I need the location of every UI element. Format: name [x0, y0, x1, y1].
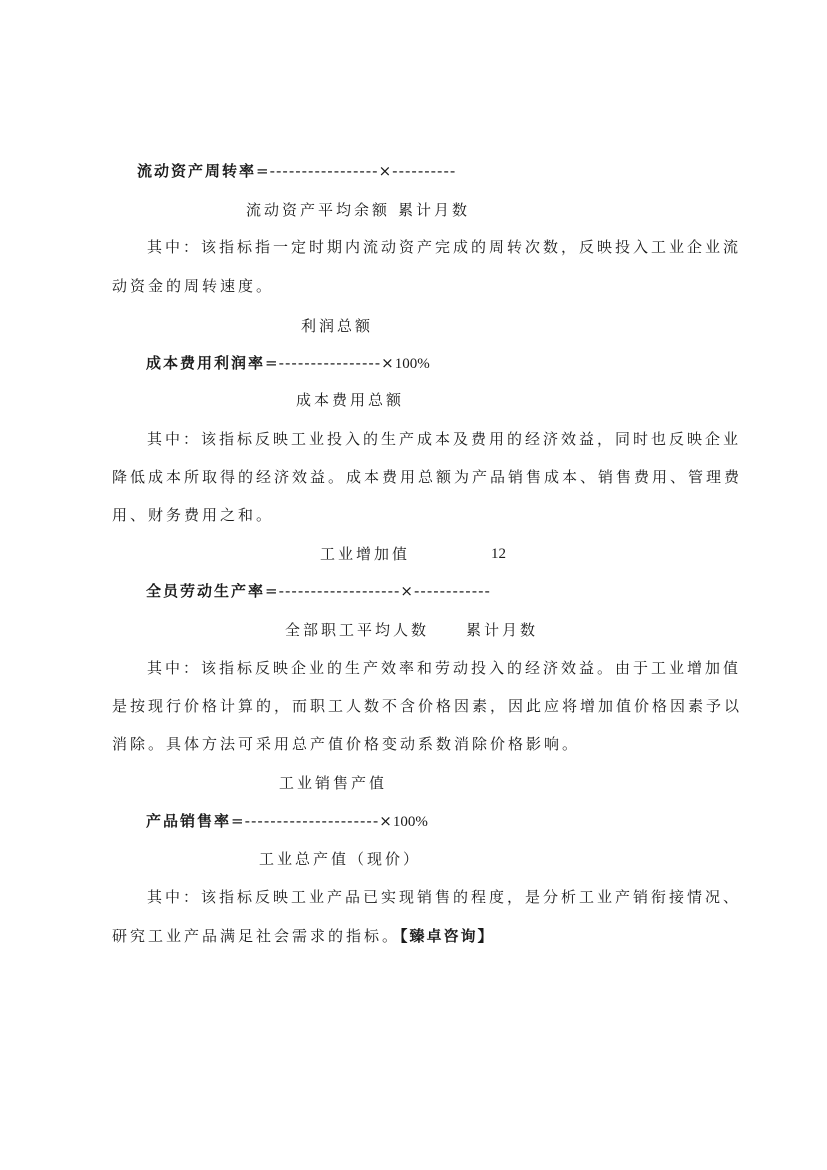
formula-4-explanation-line-1: 其中：该指标反映工业产品已实现销售的程度，是分析工业产销衔接情况、	[147, 887, 741, 907]
formula-3-fraction-bar: =-------------------×------------	[265, 582, 491, 600]
formula-1-name: 流动资产周转率	[137, 162, 256, 180]
formula-3-denominator-2: 累计月数	[466, 620, 538, 640]
formula-1-explanation-line-1: 其中：该指标指一定时期内流动资产完成的周转次数，反映投入工业企业流	[147, 237, 741, 257]
formula-2-name: 成本费用利润率	[146, 354, 265, 372]
formula-4-line: 产品销售率=---------------------×100%	[146, 811, 428, 832]
formula-1-denominator-2: 累计月数	[398, 200, 470, 220]
brand-label: 【臻卓咨询】	[400, 927, 495, 945]
formula-2-explanation-line-3: 用、财务费用之和。	[112, 505, 274, 525]
formula-3-explanation-line-1: 其中：该指标反映企业的生产效率和劳动投入的经济效益。由于工业增加值	[147, 658, 741, 678]
formula-2-multiplier: 100%	[395, 356, 430, 372]
formula-1-line: 流动资产周转率=-----------------×----------	[137, 161, 456, 181]
formula-2-denominator: 成本费用总额	[296, 390, 404, 410]
formula-1-denominator: 流动资产平均余额	[246, 200, 390, 220]
formula-2-explanation-line-1: 其中：该指标反映工业投入的生产成本及费用的经济效益，同时也反映企业	[147, 429, 741, 449]
formula-4-fraction-bar: =---------------------×	[231, 812, 393, 830]
formula-2-line: 成本费用利润率=----------------×100%	[146, 353, 430, 374]
formula-3-explanation-line-2: 是按现行价格计算的，而职工人数不含价格因素，因此应将增加值价格因素予以	[112, 696, 742, 716]
formula-4-explanation-line-2: 研究工业产品满足社会需求的指标。【臻卓咨询】	[112, 926, 495, 946]
formula-4-numerator: 工业销售产值	[279, 773, 387, 793]
formula-1-explanation-line-2: 动资金的周转速度。	[112, 276, 274, 296]
formula-4-name: 产品销售率	[146, 812, 231, 830]
formula-1-fraction-bar: =-----------------×----------	[256, 162, 456, 180]
formula-4-denominator: 工业总产值（现价）	[259, 849, 421, 869]
formula-3-line: 全员劳动生产率=-------------------×------------	[146, 581, 491, 601]
formula-4-explanation-text: 研究工业产品满足社会需求的指标。	[112, 927, 400, 945]
formula-3-numerator: 工业增加值	[320, 544, 410, 564]
formula-4-multiplier: 100%	[393, 814, 428, 830]
formula-3-name: 全员劳动生产率	[146, 582, 265, 600]
formula-3-explanation-line-3: 消除。具体方法可采用总产值价格变动系数消除价格影响。	[112, 734, 580, 754]
formula-2-numerator: 利润总额	[301, 316, 373, 336]
formula-3-numerator-2: 12	[491, 544, 506, 564]
formula-2-fraction-bar: =----------------×	[265, 354, 395, 372]
formula-3-denominator: 全部职工平均人数	[285, 620, 429, 640]
formula-2-explanation-line-2: 降低成本所取得的经济效益。成本费用总额为产品销售成本、销售费用、管理费	[112, 467, 742, 487]
